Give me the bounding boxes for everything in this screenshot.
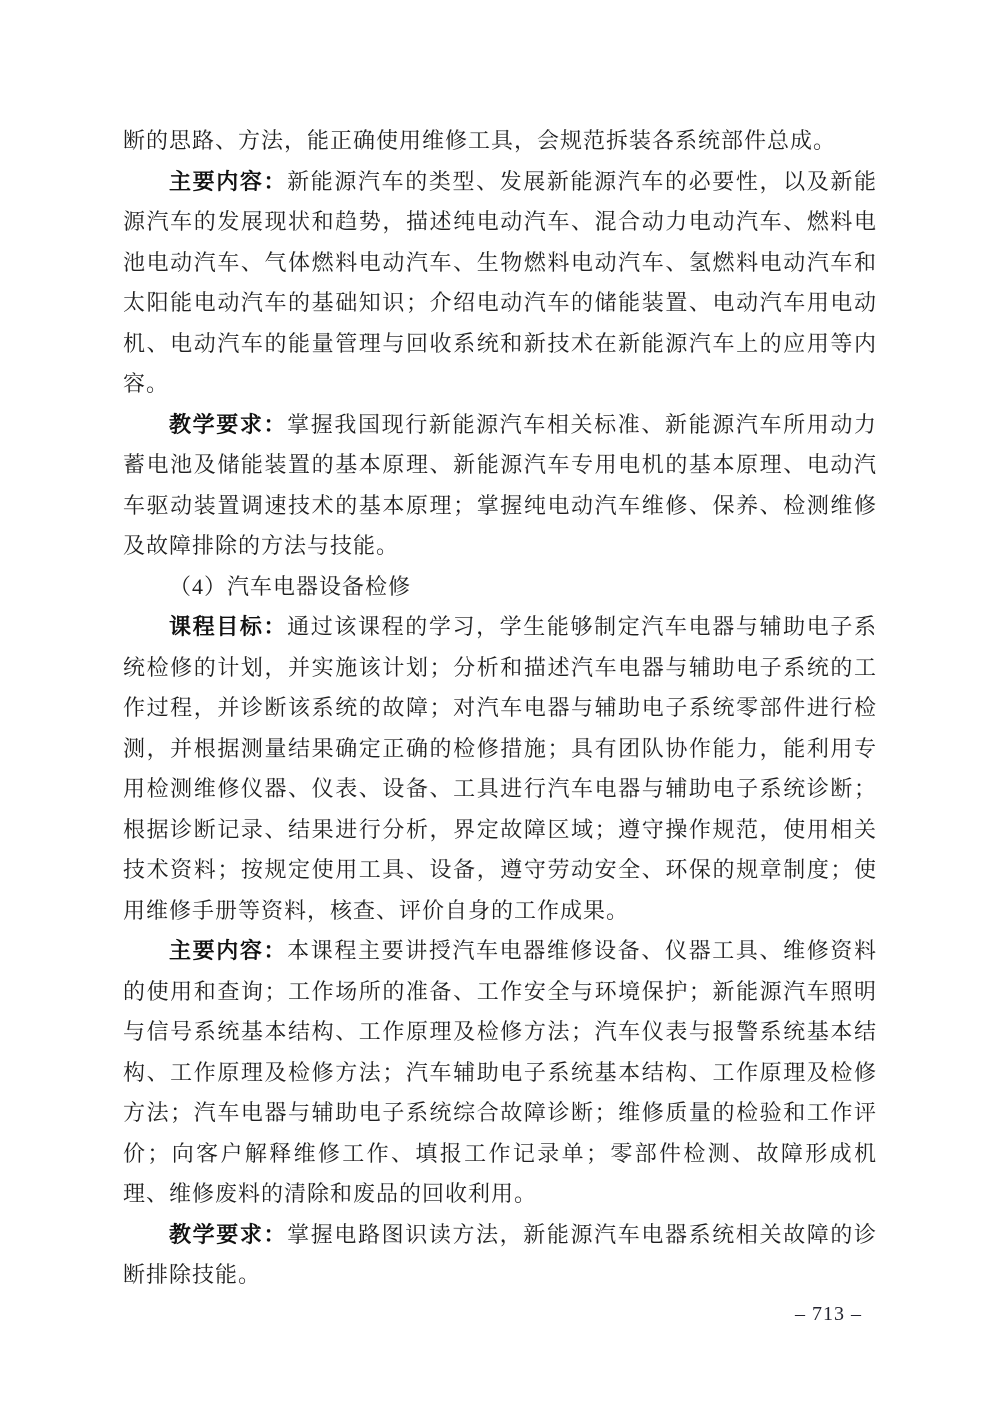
paragraph-text: 断的思路、方法，能正确使用维修工具，会规范拆装各系统部件总成。 [123, 128, 836, 153]
paragraph-label: 教学要求： [169, 1222, 287, 1247]
paragraph-text: 通过该课程的学习，学生能够制定汽车电器与辅助电子系统检修的计划，并实施该计划；分… [123, 614, 877, 923]
paragraph-label: 课程目标： [169, 614, 287, 639]
paragraph: 教学要求：掌握我国现行新能源汽车相关标准、新能源汽车所用动力蓄电池及储能装置的基… [123, 405, 877, 567]
page-number: – 713 – [795, 1302, 862, 1326]
paragraph: 课程目标：通过该课程的学习，学生能够制定汽车电器与辅助电子系统检修的计划，并实施… [123, 607, 877, 931]
paragraph-label: 主要内容： [169, 938, 287, 963]
paragraph-text: 本课程主要讲授汽车电器维修设备、仪器工具、维修资料的使用和查询；工作场所的准备、… [123, 938, 877, 1206]
paragraph: 断的思路、方法，能正确使用维修工具，会规范拆装各系统部件总成。 [123, 121, 877, 162]
paragraph: 主要内容：本课程主要讲授汽车电器维修设备、仪器工具、维修资料的使用和查询；工作场… [123, 931, 877, 1215]
document-page: 断的思路、方法，能正确使用维修工具，会规范拆装各系统部件总成。主要内容：新能源汽… [0, 0, 1000, 1414]
paragraph-label: 教学要求： [169, 412, 287, 437]
paragraph: （4）汽车电器设备检修 [123, 567, 877, 608]
paragraph-text: （4）汽车电器设备检修 [169, 574, 411, 599]
paragraph: 主要内容：新能源汽车的类型、发展新能源汽车的必要性，以及新能源汽车的发展现状和趋… [123, 162, 877, 405]
paragraph: 教学要求：掌握电路图识读方法，新能源汽车电器系统相关故障的诊断排除技能。 [123, 1215, 877, 1296]
paragraph-text: 新能源汽车的类型、发展新能源汽车的必要性，以及新能源汽车的发展现状和趋势，描述纯… [123, 169, 877, 397]
paragraph-label: 主要内容： [169, 169, 287, 194]
document-body: 断的思路、方法，能正确使用维修工具，会规范拆装各系统部件总成。主要内容：新能源汽… [123, 121, 877, 1296]
